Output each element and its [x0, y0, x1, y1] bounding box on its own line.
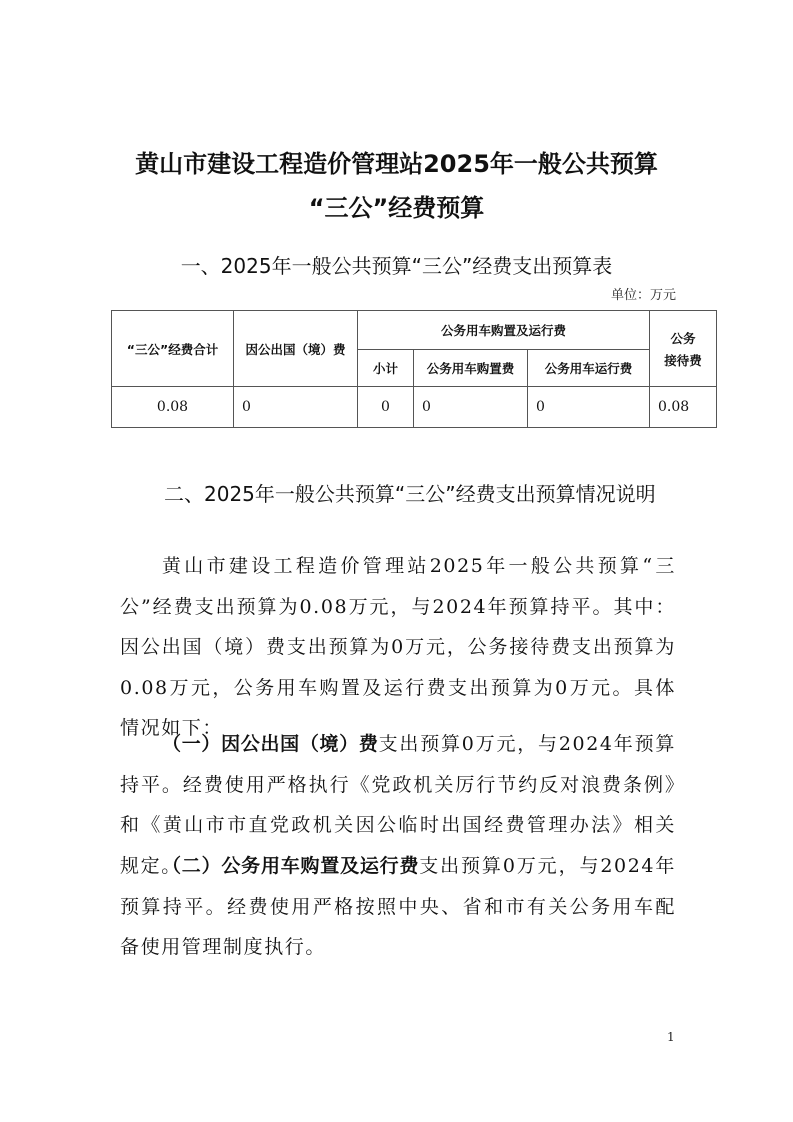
header-reception-line2: 接待费: [650, 351, 716, 369]
header-vehicle-subtotal: 小计: [358, 350, 414, 387]
document-page: 黄山市建设工程造价管理站2025年一般公共预算 “三公”经费预算 一、2025年…: [0, 0, 793, 1122]
table-row: 0.08 0 0 0 0 0.08: [112, 387, 717, 428]
cell-reception: 0.08: [650, 387, 717, 428]
paragraph-vehicle: （二）公务用车购置及运行费支出预算0万元，与2024年预算持平。经费使用严格按照…: [120, 846, 676, 968]
document-title-line1: 黄山市建设工程造价管理站2025年一般公共预算: [0, 144, 793, 179]
cell-vehicle-purchase: 0: [414, 387, 528, 428]
header-total: “三公”经费合计: [112, 311, 234, 387]
table-header-row: “三公”经费合计 因公出国（境）费 公务用车购置及运行费 公务 接待费: [112, 311, 717, 350]
section2-heading: 二、2025年一般公共预算“三公”经费支出预算情况说明: [120, 474, 680, 514]
document-title-line2: “三公”经费预算: [0, 188, 793, 223]
header-abroad: 因公出国（境）费: [234, 311, 358, 387]
budget-table: “三公”经费合计 因公出国（境）费 公务用车购置及运行费 公务 接待费 小计 公…: [111, 310, 717, 428]
paragraph-vehicle-lead: （二）公务用车购置及运行费: [162, 855, 419, 877]
paragraph-abroad-lead: （一）因公出国（境）费: [162, 733, 379, 755]
cell-total: 0.08: [112, 387, 234, 428]
cell-abroad: 0: [234, 387, 358, 428]
header-vehicle-purchase: 公务用车购置费: [414, 350, 528, 387]
section1-heading: 一、2025年一般公共预算“三公”经费支出预算表: [0, 250, 793, 279]
header-reception-line1: 公务: [650, 329, 716, 347]
header-vehicle-operation: 公务用车运行费: [528, 350, 650, 387]
unit-label: 单位：万元: [611, 284, 676, 303]
header-vehicle-group: 公务用车购置及运行费: [358, 311, 650, 350]
header-reception: 公务 接待费: [650, 311, 717, 387]
cell-vehicle-operation: 0: [528, 387, 650, 428]
page-number: 1: [667, 1030, 675, 1044]
cell-vehicle-subtotal: 0: [358, 387, 414, 428]
paragraph-overview: 黄山市建设工程造价管理站2025年一般公共预算“三公”经费支出预算为0.08万元…: [120, 546, 676, 749]
